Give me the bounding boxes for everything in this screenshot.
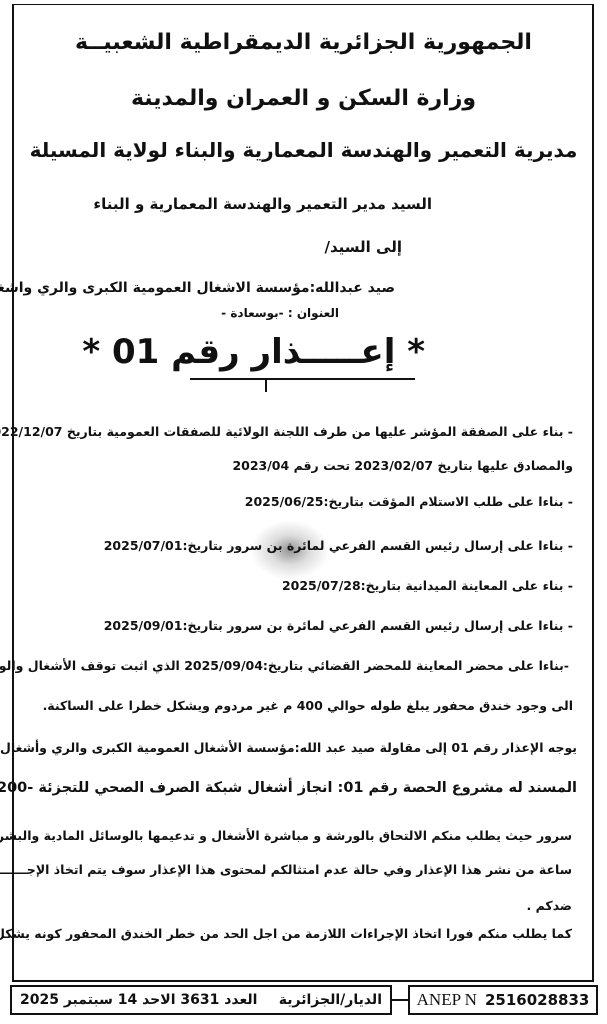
anep-label: ANEP N bbox=[417, 990, 477, 1010]
newspaper-footer-box: العدد 3631 الاحد 14 سبتمبر 2025 الديار/ا… bbox=[10, 985, 392, 1015]
body-line-8: الى وجود خندق محفور يبلغ طوله حوالي 400 … bbox=[43, 698, 573, 713]
footer-connector bbox=[392, 999, 408, 1001]
recipient-line: صيد عبدالله:مؤسسة الاشغال العمومية الكبر… bbox=[0, 280, 395, 296]
notice-title-block: * إعـــــذار رقم 01 * bbox=[185, 332, 425, 384]
body-line-14: كما يطلب منكم فورا اتخاذ الإجراءات اللاز… bbox=[0, 926, 572, 941]
body-line-12: ساعة من نشر هذا الإعذار وفي حالة عدم امت… bbox=[0, 862, 572, 877]
body-line-1: - بناء على الصفقة المؤشر عليها من طرف ال… bbox=[0, 424, 573, 439]
republic-heading: الجمهورية الجزائرية الديمقراطية الشعبيــ… bbox=[0, 30, 607, 55]
to-label: إلى السيد/ bbox=[325, 238, 402, 256]
body-line-5: - بناء على المعاينة الميدانية بتاريخ:202… bbox=[282, 578, 573, 593]
ministry-heading: وزارة السكن و العمران والمدينة bbox=[0, 86, 607, 111]
title-underline bbox=[190, 378, 415, 380]
body-line-6: - بناءا على إرسال رئيس القسم الفرعي لمائ… bbox=[104, 618, 573, 633]
body-line-2: والمصادق عليها بتاريخ 2023/02/07 تحت رقم… bbox=[232, 458, 573, 473]
anep-box: ANEP N 2516028833 bbox=[408, 985, 598, 1015]
body-line-13: ضدكم . bbox=[527, 898, 572, 913]
sender-line: السيد مدير التعمير والهندسة المعمارية و … bbox=[93, 195, 432, 213]
newspaper-name: الديار/الجزائرية bbox=[279, 992, 382, 1008]
anep-number: 2516028833 bbox=[485, 991, 589, 1009]
body-line-9: يوجه الإعذار رقم 01 إلى مقاولة صيد عبد ا… bbox=[0, 740, 577, 755]
body-line-11: سرور حيث يطلب منكم الالتحاق بالورشة و مب… bbox=[0, 828, 572, 843]
body-line-3: - بناءا على طلب الاستلام المؤقت بتاريخ:2… bbox=[245, 494, 573, 509]
title-underline-tick bbox=[265, 378, 267, 392]
issue-info: العدد 3631 الاحد 14 سبتمبر 2025 bbox=[20, 992, 257, 1008]
address-line: العنوان : -بوسعادة - bbox=[221, 306, 339, 320]
directorate-heading: مديرية التعمير والهندسة المعمارية والبنا… bbox=[0, 138, 607, 162]
notice-title: * إعـــــذار رقم 01 * bbox=[185, 332, 425, 372]
body-line-7: -بناءا على محضر المعاينة للمحضر القضائي … bbox=[0, 658, 569, 673]
body-line-4: - بناءا على إرسال رئيس القسم الفرعي لمائ… bbox=[104, 538, 573, 553]
body-line-10: المسند له مشروع الحصة رقم 01: انجاز أشغا… bbox=[0, 780, 577, 796]
